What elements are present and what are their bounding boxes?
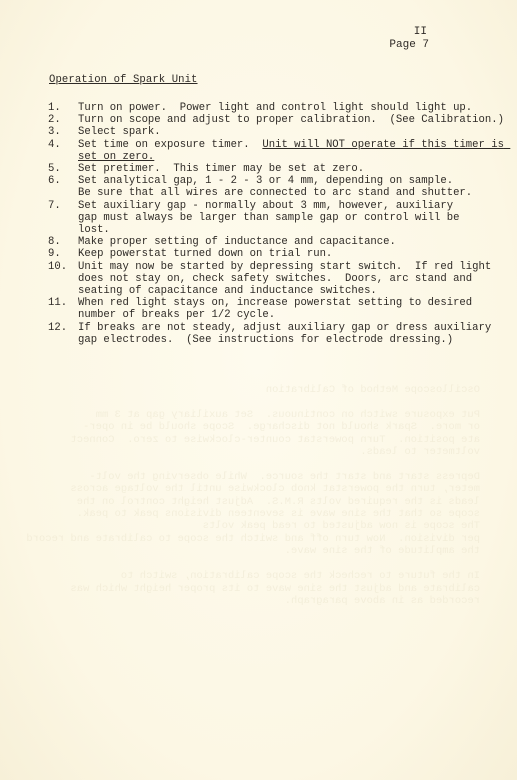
step-number: 10.	[48, 261, 78, 298]
procedure-step: 11.When red light stays on, increase pow…	[48, 297, 513, 321]
page-header: II Page 7	[389, 26, 429, 52]
step-number: 6.	[48, 175, 78, 199]
step-text: Turn on power. Power light and control l…	[78, 102, 513, 114]
step-number: 12.	[48, 322, 78, 346]
procedure-steps: 1.Turn on power. Power light and control…	[48, 102, 513, 346]
step-text: Turn on scope and adjust to proper calib…	[78, 114, 513, 126]
step-text-body: Set time on exposure timer.	[78, 139, 262, 151]
step-number: 8.	[48, 236, 78, 248]
step-text-body: When red light stays on, increase powers…	[78, 297, 472, 321]
step-number: 3.	[48, 126, 78, 138]
step-text-body: If breaks are not steady, adjust auxilia…	[78, 322, 491, 346]
reverse-side-bleed-through: Oscilloscope Method of Calibration Put e…	[40, 384, 480, 607]
step-text-body: Set pretimer. This timer may be set at z…	[78, 163, 364, 175]
procedure-step: 2.Turn on scope and adjust to proper cal…	[48, 114, 513, 126]
step-text: Keep powerstat turned down on trial run.	[78, 248, 513, 260]
section-number: II	[389, 26, 429, 39]
step-number: 9.	[48, 248, 78, 260]
step-text-body: Make proper setting of inductance and ca…	[78, 236, 396, 248]
procedure-step: 1.Turn on power. Power light and control…	[48, 102, 513, 114]
section-heading: Operation of Spark Unit	[49, 74, 198, 86]
step-text-body: Turn on scope and adjust to proper calib…	[78, 114, 504, 126]
step-number: 5.	[48, 163, 78, 175]
procedure-step: 12.If breaks are not steady, adjust auxi…	[48, 322, 513, 346]
procedure-step: 8.Make proper setting of inductance and …	[48, 236, 513, 248]
step-text: Set time on exposure timer. Unit will NO…	[78, 139, 513, 163]
procedure-step: 6.Set analytical gap, 1 - 2 - 3 or 4 mm,…	[48, 175, 513, 199]
step-text: When red light stays on, increase powers…	[78, 297, 513, 321]
step-text: Set auxiliary gap - normally about 3 mm,…	[78, 200, 513, 237]
procedure-step: 10.Unit may now be started by depressing…	[48, 261, 513, 298]
procedure-step: 4.Set time on exposure timer. Unit will …	[48, 139, 513, 163]
step-text-body: Unit may now be started by depressing st…	[78, 261, 491, 297]
step-number: 11.	[48, 297, 78, 321]
procedure-step: 3.Select spark.	[48, 126, 513, 138]
step-text-body: Set analytical gap, 1 - 2 - 3 or 4 mm, d…	[78, 175, 472, 199]
step-text-body: Turn on power. Power light and control l…	[78, 102, 472, 114]
procedure-step: 5.Set pretimer. This timer may be set at…	[48, 163, 513, 175]
step-text: Set pretimer. This timer may be set at z…	[78, 163, 513, 175]
step-text: Select spark.	[78, 126, 513, 138]
step-text: Unit may now be started by depressing st…	[78, 261, 513, 298]
page-number: Page 7	[389, 39, 429, 51]
procedure-step: 7.Set auxiliary gap - normally about 3 m…	[48, 200, 513, 237]
document-page: II Page 7 Operation of Spark Unit 1.Turn…	[0, 0, 517, 780]
step-number: 2.	[48, 114, 78, 126]
step-number: 4.	[48, 139, 78, 163]
step-text: If breaks are not steady, adjust auxilia…	[78, 322, 513, 346]
step-text: Make proper setting of inductance and ca…	[78, 236, 513, 248]
step-number: 1.	[48, 102, 78, 114]
procedure-step: 9.Keep powerstat turned down on trial ru…	[48, 248, 513, 260]
step-text: Set analytical gap, 1 - 2 - 3 or 4 mm, d…	[78, 175, 513, 199]
step-text-body: Set auxiliary gap - normally about 3 mm,…	[78, 200, 459, 236]
step-number: 7.	[48, 200, 78, 237]
step-text-body: Keep powerstat turned down on trial run.	[78, 248, 332, 260]
step-text-body: Select spark.	[78, 126, 161, 138]
